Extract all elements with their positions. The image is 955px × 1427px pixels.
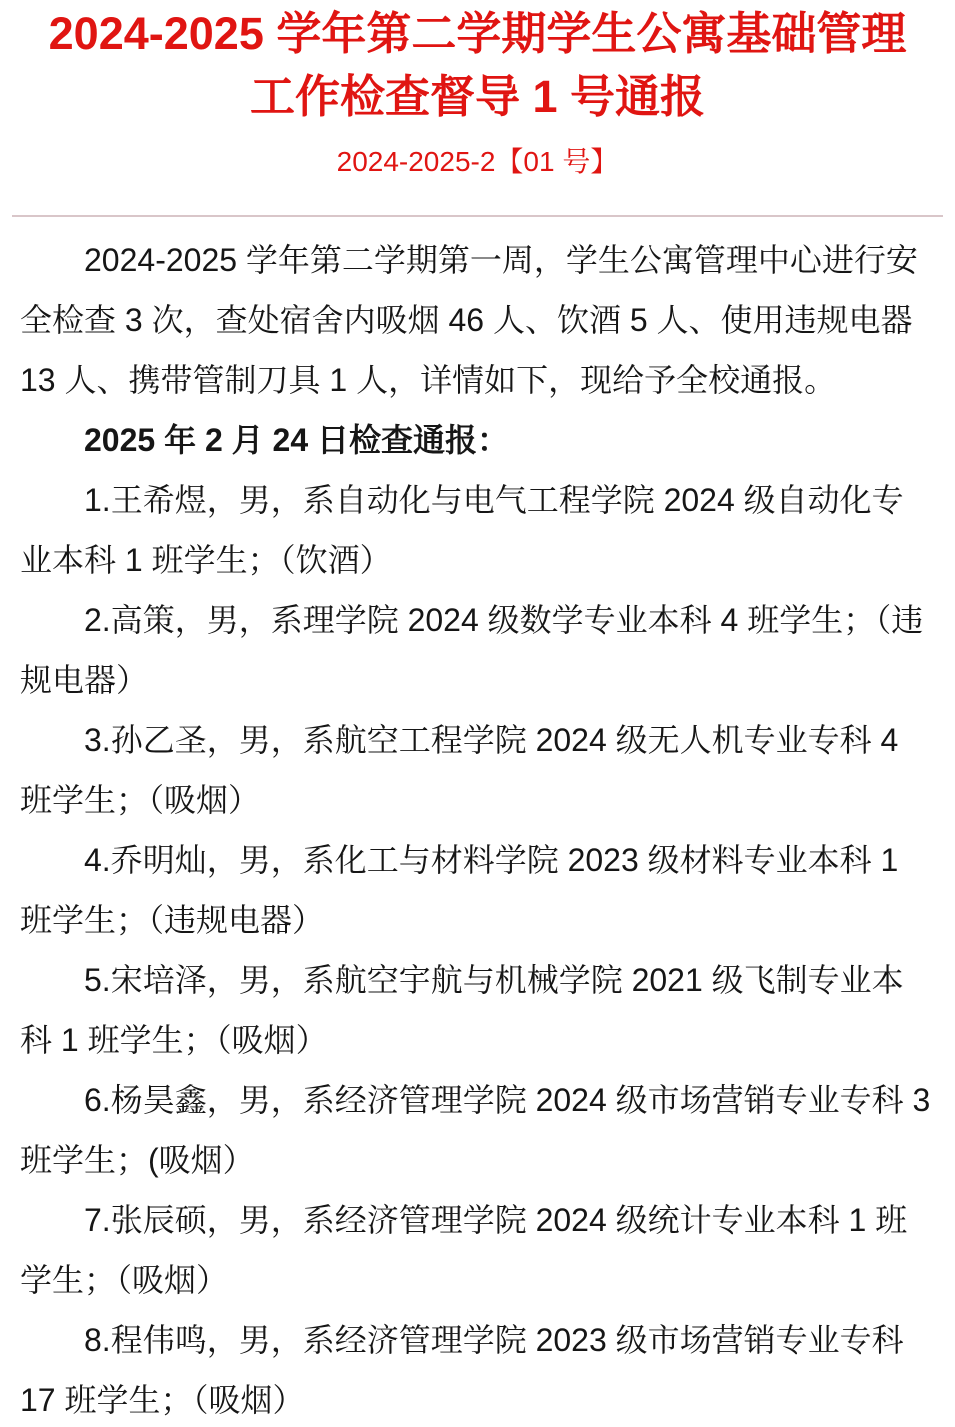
section-heading: 2025 年 2 月 24 日检查通报： — [20, 410, 935, 470]
divider — [12, 215, 943, 217]
violation-item: 2.高策，男，系理学院 2024 级数学专业本科 4 班学生；（违规电器） — [20, 590, 935, 710]
violation-item: 8.程伟鸣，男，系经济管理学院 2023 级市场营销专业专科 17 班学生；（吸… — [20, 1310, 935, 1427]
violation-item: 1.王希煜，男，系自动化与电气工程学院 2024 级自动化专业本科 1 班学生；… — [20, 470, 935, 590]
violation-item: 7.张辰硕，男，系经济管理学院 2024 级统计专业本科 1 班学生；（吸烟） — [20, 1190, 935, 1310]
violation-item: 5.宋培泽，男，系航空宇航与机械学院 2021 级飞制专业本科 1 班学生；（吸… — [20, 950, 935, 1070]
intro-paragraph: 2024-2025 学年第二学期第一周，学生公寓管理中心进行安全检查 3 次，查… — [20, 230, 935, 410]
violation-item: 3.孙乙圣，男，系航空工程学院 2024 级无人机专业专科 4 班学生；（吸烟） — [20, 710, 935, 830]
violation-item: 6.杨昊鑫，男，系经济管理学院 2024 级市场营销专业专科 3 班学生；(吸烟… — [20, 1070, 935, 1190]
document-title: 2024-2025 学年第二学期学生公寓基础管理工作检查督导 1 号通报 — [20, 0, 935, 128]
notice-document: 2024-2025 学年第二学期学生公寓基础管理工作检查督导 1 号通报 202… — [0, 0, 955, 1427]
violation-item: 4.乔明灿，男，系化工与材料学院 2023 级材料专业本科 1 班学生；（违规电… — [20, 830, 935, 950]
notice-body: 2024-2025 学年第二学期第一周，学生公寓管理中心进行安全检查 3 次，查… — [20, 230, 935, 1427]
issue-number: 2024-2025-2【01 号】 — [20, 142, 935, 182]
